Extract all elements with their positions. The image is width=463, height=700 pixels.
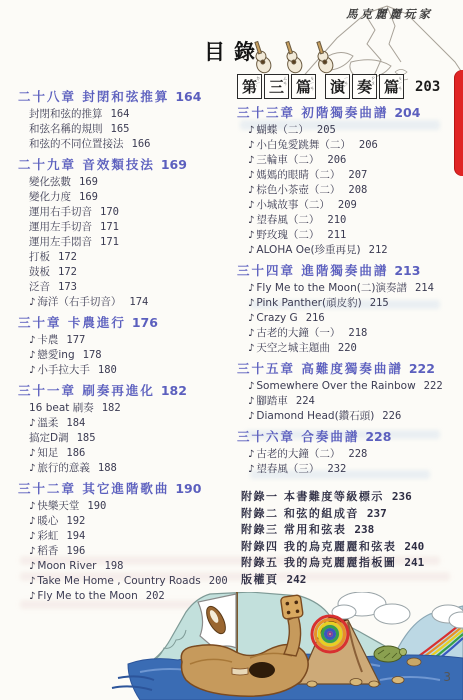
music-note-icon: ♪ [248, 449, 254, 460]
toc-page-ref: 185 [77, 432, 96, 444]
chapter-page-ref: 182 [161, 383, 187, 398]
toc-row: 和弦的不同位置接法166 [18, 137, 234, 152]
part-header-box: 篇ㄆㄧㄢ [291, 74, 316, 99]
toc-page-ref: 170 [100, 206, 119, 218]
toc-page-ref: 174 [129, 296, 148, 308]
toc-row: ♪三輪車（二）206 [237, 153, 459, 168]
toc-label: 封閉和弦的推算 [29, 108, 103, 120]
appendix-row: 附錄二 和弦的組成音237 [237, 506, 459, 523]
toc-label: 三輪車（二） [256, 154, 319, 166]
headstock [280, 595, 303, 620]
toc-row: 泛音173 [18, 280, 234, 295]
music-note-icon: ♪ [29, 350, 35, 361]
toc-row: 搞定D調185 [18, 431, 234, 446]
toc-page-ref: 190 [87, 500, 106, 512]
toc-page-ref: 172 [58, 266, 77, 278]
chapter-page-ref: 213 [394, 263, 420, 278]
music-note-icon: ♪ [29, 516, 35, 527]
toc-label: 彩虹 [37, 530, 58, 542]
toc-page-ref: 194 [66, 530, 85, 542]
toc-page-ref: 207 [348, 169, 367, 181]
toc-label: Fly Me to the Moon(二)演奏譜 [256, 282, 407, 294]
toc-label: Pink Panther(頑皮豹) [256, 297, 361, 309]
toc-row: ♪卡農177 [18, 333, 234, 348]
toc-row: ♪戀愛ing178 [18, 348, 234, 363]
music-note-icon: ♪ [248, 328, 254, 339]
chapter-page-ref: 164 [175, 89, 201, 104]
toc-page-ref: 169 [79, 191, 98, 203]
toc-label: 附錄四 我的烏克麗麗和弦表 [241, 540, 396, 553]
toc-label: 小白兔愛跳舞（二） [256, 139, 351, 151]
toc-row: ♪小白兔愛跳舞（二）206 [237, 138, 459, 153]
toc-page-ref: 198 [105, 560, 124, 572]
chapter-title: 二十九章 音效類技法 [18, 157, 155, 172]
appendix-row: 附錄五 我的烏克麗麗指板圖241 [237, 555, 459, 572]
toc-label: 腳踏車 [256, 395, 288, 407]
music-note-icon: ♪ [248, 125, 254, 136]
chapter-title: 三十章 卡農進行 [18, 315, 126, 330]
music-note-icon: ♪ [248, 155, 254, 166]
toc-row: ♪快樂天堂190 [18, 499, 234, 514]
toc-page-ref: 200 [209, 575, 228, 587]
ukulele-icon [312, 40, 335, 74]
music-note-icon: ♪ [248, 283, 254, 294]
toc-row: 變化力度169 [18, 190, 234, 205]
toc-label: 搞定D調 [29, 432, 69, 444]
toc-page-ref: 177 [66, 334, 85, 346]
toc-page-ref: 209 [338, 199, 357, 211]
toc-label: 蝴蝶（二） [256, 124, 309, 136]
toc-row: ♪Diamond Head(鑽石頭)226 [237, 409, 459, 424]
chapter-title: 三十六章 合奏曲譜 [237, 429, 359, 444]
appendix-row: 附錄三 常用和弦表238 [237, 522, 459, 539]
appendix-row: 附錄四 我的烏克麗麗和弦表240 [237, 539, 459, 556]
toc-page-ref: 166 [132, 138, 151, 150]
toc-page-ref: 226 [382, 410, 401, 422]
ukulele-icon [281, 40, 304, 74]
toc-row: ♪Fly Me to the Moon(二)演奏譜214 [237, 281, 459, 296]
toc-label: 鼓板 [29, 266, 50, 278]
music-note-icon: ♪ [248, 185, 254, 196]
music-note-icon: ♪ [248, 245, 254, 256]
toc-label: 戀愛ing [37, 349, 74, 361]
toc-row: ♪蝴蝶（二）205 [237, 123, 459, 138]
toc-label: ALOHA Oe(珍重再見) [256, 244, 360, 256]
toc-row: ♪旅行的意義188 [18, 461, 234, 476]
toc-label: 稻香 [37, 545, 58, 557]
music-note-icon: ♪ [29, 297, 35, 308]
ukulele-icons [252, 40, 344, 74]
chapter-page-ref: 169 [161, 157, 187, 172]
toc-row: ♪腳踏車224 [237, 394, 459, 409]
toc-page-ref: 236 [392, 490, 412, 503]
toc-label: 打板 [29, 251, 50, 263]
music-note-icon: ♪ [248, 343, 254, 354]
chapter-title: 三十四章 進階獨奏曲譜 [237, 263, 388, 278]
toc-page-ref: 215 [370, 297, 389, 309]
toc-row: 封閉和弦的推算164 [18, 107, 234, 122]
toc-label: 附錄二 和弦的組成音 [241, 507, 359, 520]
toc-page-ref: 218 [348, 327, 367, 339]
chapter-page-ref: 228 [365, 429, 391, 444]
music-note-icon: ♪ [248, 170, 254, 181]
chapter-page-ref: 190 [175, 481, 201, 496]
toc-row: 打板172 [18, 250, 234, 265]
toc-row: ♪棕色小茶壺（二）208 [237, 183, 459, 198]
music-note-icon: ♪ [248, 313, 254, 324]
toc-row: ♪Somewhere Over the Rainbow222 [237, 379, 459, 394]
toc-page-ref: 206 [359, 139, 378, 151]
music-note-icon: ♪ [248, 230, 254, 241]
toc-row: ♪溫柔184 [18, 416, 234, 431]
toc-page-ref: 241 [404, 556, 424, 569]
music-note-icon: ♪ [248, 411, 254, 422]
toc-label: 棕色小茶壺（二） [256, 184, 340, 196]
toc-page-ref: 238 [354, 523, 374, 536]
toc-label: 望春風（二） [256, 214, 319, 226]
toc-page-ref: 208 [348, 184, 367, 196]
toc-label: 泛音 [29, 281, 50, 293]
toc-label: 附錄一 本書難度等級標示 [241, 490, 384, 503]
chapter-title: 三十一章 刷奏再進化 [18, 383, 155, 398]
toc-row: ♪暖心192 [18, 514, 234, 529]
chapter-page-ref: 222 [409, 361, 435, 376]
toc-label: 望春風（三） [256, 463, 319, 475]
music-note-icon: ♪ [248, 396, 254, 407]
chapter-title: 二十八章 封閉和弦推算 [18, 89, 169, 104]
part-header-box: 三ㄙㄢ [264, 74, 289, 99]
toc-page-ref: 188 [98, 462, 117, 474]
chapter-heading: 三十五章 高難度獨奏曲譜222 [237, 361, 459, 376]
toc-row: ♪彩虹194 [18, 529, 234, 544]
toc-row: ♪稻香196 [18, 544, 234, 559]
chapter-heading: 三十三章 初階獨奏曲譜204 [237, 105, 459, 120]
toc-page-ref: 205 [317, 124, 336, 136]
part-header-box: 第ㄉㄧˋ [237, 74, 262, 99]
toc-label: 旅行的意義 [37, 462, 90, 474]
toc-page-ref: 173 [58, 281, 77, 293]
toc-row: 和弦名稱的規則165 [18, 122, 234, 137]
toc-label: 媽媽的眼睛（二） [256, 169, 340, 181]
chapter-heading: 三十二章 其它進階歌曲190 [18, 481, 234, 496]
toc-page-ref: 224 [296, 395, 315, 407]
toc-label: 16 beat 刷奏 [29, 402, 94, 414]
toc-page-ref: 212 [369, 244, 388, 256]
footer-illustration [0, 592, 463, 700]
zhuyin-ruby: ㄧㄢˇ [344, 77, 349, 92]
chapter-title: 三十五章 高難度獨奏曲譜 [237, 361, 403, 376]
toc-row: 16 beat 刷奏182 [18, 401, 234, 416]
music-note-icon: ♪ [29, 418, 35, 429]
toc-label: 古老的大鐘（一） [256, 327, 340, 339]
toc-page-ref: 172 [58, 251, 77, 263]
brand-title: 馬克麗麗玩家 [346, 6, 433, 22]
toc-label: 小城故事（二） [256, 199, 330, 211]
toc-label: 和弦的不同位置接法 [29, 138, 124, 150]
music-note-icon: ♪ [248, 464, 254, 475]
toc-page-ref: 182 [102, 402, 121, 414]
toc-label: Somewhere Over the Rainbow [256, 380, 415, 392]
part-header-box: 演ㄧㄢˇ [325, 74, 350, 99]
toc-label: 天空之城主題曲 [256, 342, 330, 354]
toc-left-column: 二十八章 封閉和弦推算164封閉和弦的推算164和弦名稱的規則165和弦的不同位… [18, 84, 234, 604]
right-sections: 三十三章 初階獨奏曲譜204♪蝴蝶（二）205♪小白兔愛跳舞（二）206♪三輪車… [237, 105, 459, 477]
toc-row: ♪小城故事（二）209 [237, 198, 459, 213]
toc-page-ref: 164 [111, 108, 130, 120]
toc-page-ref: 171 [100, 236, 119, 248]
appendix-row: 附錄一 本書難度等級標示236 [237, 489, 459, 506]
toc-label: 附錄三 常用和弦表 [241, 523, 346, 536]
toc-label: 小手拉大手 [37, 364, 90, 376]
toc-page-ref: 192 [66, 515, 85, 527]
toc-page-ref: 169 [79, 176, 98, 188]
toc-label: 卡農 [37, 334, 58, 346]
sound-hole [249, 662, 275, 678]
toc-page-ref: 186 [66, 447, 85, 459]
toc-page-ref: 196 [66, 545, 85, 557]
music-note-icon: ♪ [29, 501, 35, 512]
toc-page-ref: 178 [83, 349, 102, 361]
music-note-icon: ♪ [29, 546, 35, 557]
toc-label: 溫柔 [37, 417, 58, 429]
zhuyin-ruby: ㄉㄧˋ [256, 77, 261, 92]
music-note-icon: ♪ [29, 463, 35, 474]
toc-page-ref: 206 [327, 154, 346, 166]
toc-row: ♪海洋（右手切音）174 [18, 295, 234, 310]
part-header-box: 奏ㄗㄡˋ [352, 74, 377, 99]
part-header-page: 203 [415, 79, 440, 95]
toc-page-ref: 211 [327, 229, 346, 241]
toc-label: 變化弦數 [29, 176, 71, 188]
music-note-icon: ♪ [248, 215, 254, 226]
part-header-box: 篇ㄆㄧㄢ [379, 74, 404, 99]
toc-label: 海洋（右手切音） [37, 296, 121, 308]
toc-row: ♪野玫瑰（二）211 [237, 228, 459, 243]
toc-row: 運用左手悶音171 [18, 235, 234, 250]
toc-label: 變化力度 [29, 191, 71, 203]
toc-page-ref: 228 [348, 448, 367, 460]
toc-label: 附錄五 我的烏克麗麗指板圖 [241, 556, 396, 569]
toc-row: ♪Moon River198 [18, 559, 234, 574]
toc-page-ref: 222 [424, 380, 443, 392]
appendix-row: 版權頁242 [237, 572, 459, 589]
zhuyin-ruby: ㄆㄧㄢ [398, 77, 403, 92]
zhuyin-ruby: ㄗㄡˋ [371, 77, 376, 92]
toc-label: 暖心 [37, 515, 58, 527]
toc-row: ♪古老的大鐘（二）228 [237, 447, 459, 462]
toc-page-ref: 237 [367, 507, 387, 520]
part-header: 第ㄉㄧˋ三ㄙㄢ篇ㄆㄧㄢ演ㄧㄢˇ奏ㄗㄡˋ篇ㄆㄧㄢ203 [237, 74, 459, 99]
toc-page-ref: 232 [327, 463, 346, 475]
toc-page-ref: 220 [338, 342, 357, 354]
zhuyin-ruby: ㄙㄢ [283, 77, 288, 87]
chapter-heading: 三十一章 刷奏再進化182 [18, 383, 234, 398]
toc-row: ♪Take Me Home , Country Roads200 [18, 574, 234, 589]
music-note-icon: ♪ [29, 365, 35, 376]
music-note-icon: ♪ [248, 381, 254, 392]
chapter-heading: 三十六章 合奏曲譜228 [237, 429, 459, 444]
toc-row: 運用右手切音170 [18, 205, 234, 220]
toc-label: 運用左手悶音 [29, 236, 92, 248]
toc-right-column: 第ㄉㄧˋ三ㄙㄢ篇ㄆㄧㄢ演ㄧㄢˇ奏ㄗㄡˋ篇ㄆㄧㄢ203 三十三章 初階獨奏曲譜20… [237, 74, 459, 588]
toc-row: ♪ALOHA Oe(珍重再見)212 [237, 243, 459, 258]
page-title: 目錄 [204, 36, 264, 66]
page-number: 3 [443, 670, 451, 684]
music-note-icon: ♪ [29, 448, 35, 459]
toc-page: 馬克麗麗玩家 目錄 二十八章 封閉和弦推算164封閉和弦的推算164和弦名稱 [0, 0, 463, 700]
sail [198, 594, 236, 648]
toc-page-ref: 180 [98, 364, 117, 376]
music-note-icon: ♪ [29, 576, 35, 587]
toc-label: Take Me Home , Country Roads [37, 575, 200, 587]
chapter-heading: 二十九章 音效類技法169 [18, 157, 234, 172]
toc-label: 快樂天堂 [37, 500, 79, 512]
toc-page-ref: 171 [100, 221, 119, 233]
music-note-icon: ♪ [29, 335, 35, 346]
toc-row: 變化弦數169 [18, 175, 234, 190]
toc-row: ♪知足186 [18, 446, 234, 461]
toc-label: Moon River [37, 560, 96, 572]
toc-page-ref: 165 [111, 123, 130, 135]
toc-page-ref: 240 [404, 540, 424, 553]
toc-row: 鼓板172 [18, 265, 234, 280]
toc-row: ♪望春風（三）232 [237, 462, 459, 477]
toc-label: Crazy G [256, 312, 297, 324]
smoke-cloud [332, 592, 410, 624]
toc-row: ♪古老的大鐘（一）218 [237, 326, 459, 341]
chapter-title: 三十三章 初階獨奏曲譜 [237, 105, 388, 120]
toc-page-ref: 210 [327, 214, 346, 226]
toc-label: 野玫瑰（二） [256, 229, 319, 241]
chapter-heading: 二十八章 封閉和弦推算164 [18, 89, 234, 104]
toc-row: ♪Crazy G216 [237, 311, 459, 326]
chapter-heading: 三十四章 進階獨奏曲譜213 [237, 263, 459, 278]
music-note-icon: ♪ [248, 200, 254, 211]
toc-row: ♪小手拉大手180 [18, 363, 234, 378]
toc-label: 和弦名稱的規則 [29, 123, 103, 135]
chapter-page-ref: 176 [132, 315, 158, 330]
music-note-icon: ♪ [29, 531, 35, 542]
music-note-icon: ♪ [248, 298, 254, 309]
toc-label: 知足 [37, 447, 58, 459]
music-note-icon: ♪ [248, 140, 254, 151]
toc-page-ref: 242 [287, 573, 307, 586]
chapter-heading: 三十章 卡農進行176 [18, 315, 234, 330]
toc-label: 運用右手切音 [29, 206, 92, 218]
toc-row: 運用左手切音171 [18, 220, 234, 235]
toc-row: ♪Pink Panther(頑皮豹)215 [237, 296, 459, 311]
appendix-block: 附錄一 本書難度等級標示236附錄二 和弦的組成音237附錄三 常用和弦表238… [237, 489, 459, 588]
toc-row: ♪天空之城主題曲220 [237, 341, 459, 356]
zhuyin-ruby: ㄆㄧㄢ [310, 77, 315, 92]
chapter-page-ref: 204 [394, 105, 420, 120]
toc-label: 古老的大鐘（二） [256, 448, 340, 460]
music-note-icon: ♪ [29, 561, 35, 572]
toc-page-ref: 214 [415, 282, 434, 294]
toc-page-ref: 216 [306, 312, 325, 324]
toc-page-ref: 184 [66, 417, 85, 429]
chapter-title: 三十二章 其它進階歌曲 [18, 481, 169, 496]
toc-row: ♪媽媽的眼睛（二）207 [237, 168, 459, 183]
toc-row: ♪望春風（二）210 [237, 213, 459, 228]
toc-label: 版權頁 [241, 573, 279, 586]
toc-label: 運用左手切音 [29, 221, 92, 233]
toc-label: Diamond Head(鑽石頭) [256, 410, 374, 422]
